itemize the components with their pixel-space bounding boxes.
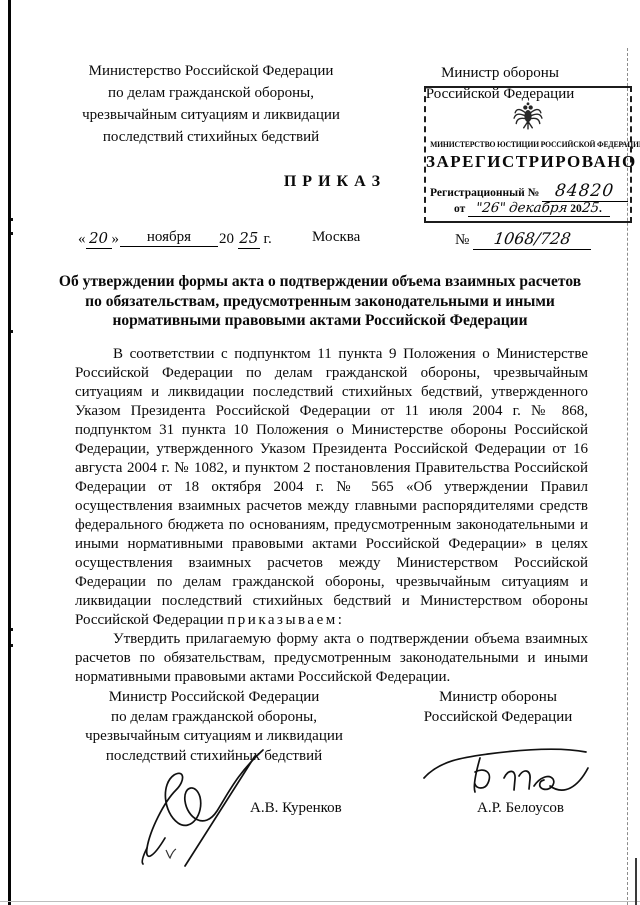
signer-title-line: Министр обороны <box>400 688 596 708</box>
stamp-date-year-handwritten: 25 <box>581 200 600 216</box>
right-signer-title: Министр обороны Российской Федерации <box>400 688 596 727</box>
order-number-group: № 1068/728 <box>455 229 591 250</box>
year-underline: 25 <box>238 229 260 249</box>
scan-corner-mark <box>635 858 637 905</box>
order-number-handwritten: 1068/728 <box>492 229 571 248</box>
subject-line: по обязательствам, предусмотренным закон… <box>58 292 582 312</box>
subject-line: Об утверждении формы акта о подтверждени… <box>58 272 582 292</box>
paragraph-1-spaced-word: приказываем: <box>227 612 344 628</box>
subject-line: нормативными правовыми актами Российской… <box>58 311 582 331</box>
order-month: ноября <box>120 229 218 247</box>
order-day-handwritten: 20 <box>89 229 108 247</box>
scan-speck <box>11 628 13 631</box>
org-line: чрезвычайным ситуациям и ликвидации <box>70 104 352 126</box>
stamp-date-month-handwritten: декабря <box>508 200 568 216</box>
order-year-suffix: г. <box>264 231 272 247</box>
justice-registration-stamp: МИНИСТЕРСТВО ЮСТИЦИИ РОССИЙСКОЙ ФЕДЕРАЦИ… <box>424 86 632 223</box>
order-subject: Об утверждении формы акта о подтверждени… <box>58 272 582 331</box>
scan-speck <box>11 218 13 221</box>
signer-title-line: по делам гражданской обороны, <box>68 708 360 728</box>
open-quote: « <box>78 231 86 247</box>
stamp-date-underline: "26" декабря 2025. <box>468 200 610 217</box>
org-line: последствий стихийных бедствий <box>70 126 352 148</box>
body-paragraph-2: Утвердить прилагаемую форму акта о подтв… <box>75 630 588 687</box>
stamp-justice-ministry-line: МИНИСТЕРСТВО ЮСТИЦИИ РОССИЙСКОЙ ФЕДЕРАЦИ… <box>430 140 626 149</box>
number-sign: № <box>455 232 469 248</box>
day-underline: 20 <box>86 229 112 249</box>
order-century-printed: 20 <box>219 231 234 247</box>
scan-left-edge-line <box>8 0 11 905</box>
org-line: по делам гражданской обороны, <box>70 82 352 104</box>
order-year-handwritten: 25 <box>239 229 258 247</box>
order-city: Москва <box>312 229 360 246</box>
left-signer-name: А.В. Куренков <box>250 800 342 817</box>
scan-speck <box>11 330 13 333</box>
order-heading: П Р И К А З <box>40 173 625 191</box>
stamp-registered-label: ЗАРЕГИСТРИРОВАНО <box>426 152 630 172</box>
issuing-ministry-block: Министерство Российской Федерации по дел… <box>70 60 352 148</box>
signer-title-line: Министр Российской Федерации <box>68 688 360 708</box>
stamp-date-line: от "26" декабря 2025. <box>440 200 620 217</box>
signer-title-line: Российской Федерации <box>400 708 596 728</box>
scan-bottom-edge-line <box>0 901 640 902</box>
scanned-order-page: Министерство Российской Федерации по дел… <box>0 0 640 905</box>
right-signer-name: А.Р. Белоусов <box>477 800 564 817</box>
order-date-line: «20» ноября 20 25 г. Москва № 1068/728 <box>0 229 640 253</box>
order-day-group: «20» <box>78 229 119 249</box>
stamp-date-day-handwritten: "26" <box>476 200 507 216</box>
order-year-group: 20 25 г. <box>219 229 272 249</box>
order-body: В соответствии с подпунктом 11 пункта 9 … <box>75 345 588 687</box>
close-quote: » <box>112 231 120 247</box>
scan-check-mark <box>165 847 177 865</box>
double-headed-eagle-icon <box>513 101 543 135</box>
body-paragraph-1: В соответствии с подпунктом 11 пункта 9 … <box>75 345 588 630</box>
paragraph-1-text: В соответствии с подпунктом 11 пункта 9 … <box>75 346 588 628</box>
scan-speck <box>11 644 13 647</box>
stamp-date-year-printed: 20 <box>570 203 582 215</box>
org-line: Министерство Российской Федерации <box>70 60 352 82</box>
number-underline: 1068/728 <box>473 229 591 250</box>
org-line: Министр обороны <box>404 63 596 84</box>
stamp-date-prefix: от <box>454 203 465 215</box>
